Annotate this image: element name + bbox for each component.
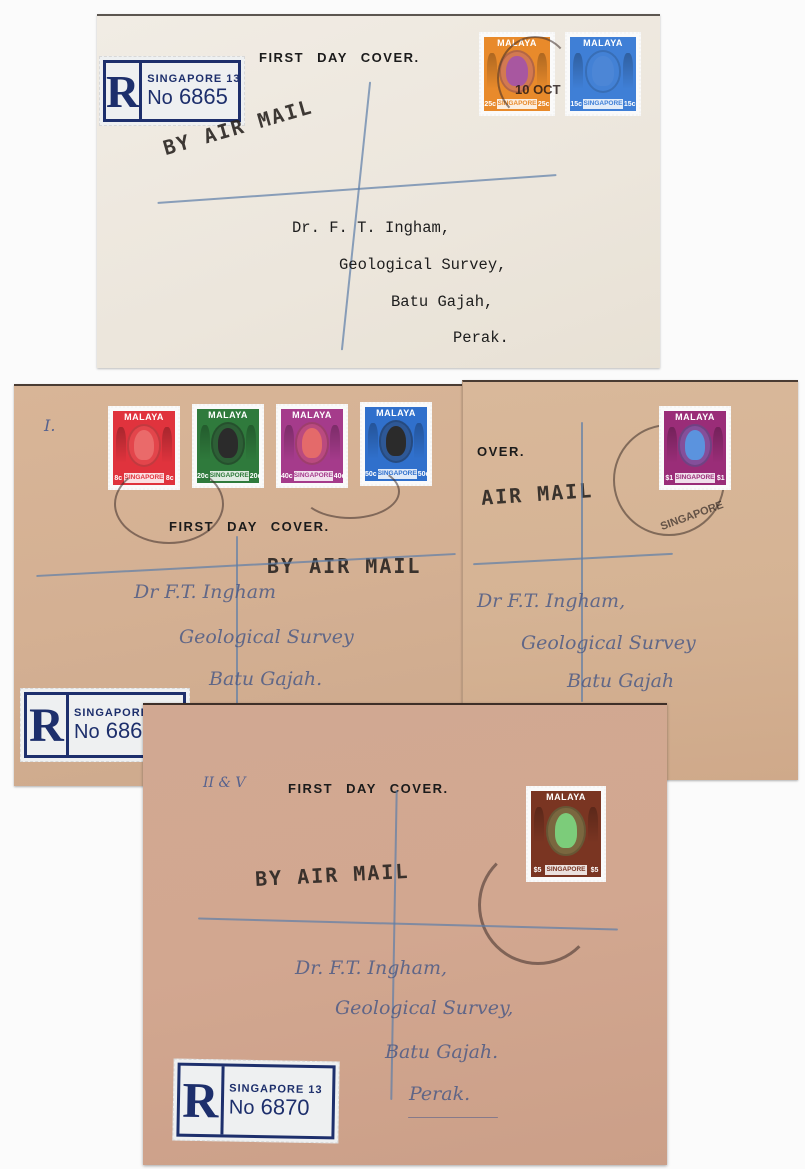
address-line-2: Geological Survey, — [335, 997, 513, 1019]
address-line-1: Dr F.T. Ingham — [134, 581, 276, 603]
palm-tree-icon — [116, 427, 126, 463]
stamp-value: 15c — [624, 101, 636, 108]
palm-tree-icon — [368, 423, 378, 459]
first-day-cover-heading: FIRST DAY COVER. — [259, 50, 420, 65]
registration-number: 6865 — [179, 84, 228, 109]
stamp-territory: SINGAPORE — [675, 473, 714, 483]
air-mail-cachet-partial: AIR MAIL — [480, 478, 594, 510]
palm-tree-icon — [588, 807, 598, 843]
registration-cross-line — [341, 82, 371, 351]
palm-tree-icon — [573, 53, 583, 89]
stamp-country: MALAYA — [365, 407, 427, 420]
registration-cross-line — [581, 422, 583, 702]
registration-r-mark: R — [27, 695, 69, 755]
stamp-value: 20c — [250, 473, 259, 480]
palm-tree-icon — [330, 425, 340, 461]
registration-label: R SINGAPORE 13 No 6870 — [172, 1059, 339, 1144]
address-line-1: Dr. F. T. Ingham, — [292, 219, 450, 237]
palm-tree-icon — [246, 425, 256, 461]
king-portrait-icon — [592, 56, 613, 86]
stamp-territory: SINGAPORE — [583, 99, 622, 109]
palm-tree-icon — [414, 423, 424, 459]
king-portrait-icon — [302, 428, 322, 458]
palm-tree-icon — [284, 425, 294, 461]
registration-r-mark: R — [179, 1066, 224, 1135]
stamp-value: $1 — [664, 475, 674, 482]
stamp-value: 50c — [418, 471, 427, 478]
first-day-cover-heading: FIRST DAY COVER. — [288, 781, 449, 796]
stamp-territory: SINGAPORE — [210, 471, 249, 481]
palm-tree-icon — [487, 53, 497, 89]
address-line-2: Geological Survey — [521, 632, 696, 654]
first-day-cover-1: FIRST DAY COVER. R SINGAPORE 13 No 6865 … — [97, 14, 660, 368]
king-portrait-icon — [685, 430, 705, 460]
address-line-2: Geological Survey, — [339, 256, 506, 274]
postmark-date: 10 OCT — [515, 82, 561, 97]
registration-r-mark: R — [106, 63, 142, 119]
stamp-country: MALAYA — [113, 411, 175, 424]
address-line-3: Batu Gajah, — [391, 293, 493, 311]
postmark — [300, 464, 400, 519]
address-line-4: Perak. — [409, 1083, 470, 1105]
address-line-1: Dr F.T. Ingham, — [477, 590, 625, 612]
king-portrait-icon — [386, 426, 406, 456]
stamp-value: 15c — [570, 101, 582, 108]
stamp-1-dollar: MALAYA$1SINGAPORE$1 — [659, 406, 731, 490]
pencil-annotation: II & V — [203, 775, 246, 791]
stamp-15c: MALAYA15cSINGAPORE15c — [565, 32, 641, 116]
registration-number: 6870 — [260, 1094, 309, 1120]
first-day-cover-heading-partial: OVER. — [477, 444, 525, 459]
underline — [408, 1117, 498, 1118]
registration-no-label: No — [229, 1097, 255, 1119]
postmark — [478, 845, 598, 965]
stamp-value: 25c — [484, 101, 496, 108]
palm-tree-icon — [713, 427, 723, 463]
stamp-country: MALAYA — [664, 411, 726, 424]
stamp-value: 40c — [281, 473, 293, 480]
registration-label: R SINGAPORE 13 No 6865 — [99, 56, 245, 126]
address-line-2: Geological Survey — [179, 626, 354, 648]
registration-cross-line — [473, 553, 673, 565]
stamp-value: $1 — [716, 475, 726, 482]
first-day-cover-heading: FIRST DAY COVER. — [169, 519, 330, 534]
address-line-3: Batu Gajah. — [209, 668, 322, 690]
registration-no-label: No — [74, 721, 100, 743]
stamp-country: MALAYA — [281, 409, 343, 422]
postmark — [497, 36, 573, 120]
first-day-cover-4: II & V FIRST DAY COVER. MALAYA$5SINGAPOR… — [143, 703, 667, 1165]
registration-no-label: No — [147, 87, 173, 109]
registration-number: 686 — [106, 718, 143, 743]
palm-tree-icon — [667, 427, 677, 463]
stamp-country: MALAYA — [570, 37, 636, 50]
stamp-country: MALAYA — [531, 791, 601, 804]
king-portrait-icon — [218, 428, 238, 458]
address-line-4: Perak. — [453, 329, 509, 347]
stamp-country: MALAYA — [197, 409, 259, 422]
address-line-3: Batu Gajah — [567, 670, 674, 692]
address-line-1: Dr. F.T. Ingham, — [295, 957, 447, 979]
king-portrait-icon — [134, 430, 154, 460]
palm-tree-icon — [623, 53, 633, 89]
stamp-value: 8c — [113, 475, 123, 482]
stamp-value: $5 — [588, 867, 601, 874]
king-portrait-icon — [555, 813, 577, 847]
address-line-3: Batu Gajah. — [385, 1041, 498, 1063]
pencil-annotation: I. — [44, 416, 55, 435]
palm-tree-icon — [162, 427, 172, 463]
palm-tree-icon — [200, 425, 210, 461]
palm-tree-icon — [534, 807, 544, 843]
by-air-mail-cachet: BY AIR MAIL — [254, 859, 409, 891]
